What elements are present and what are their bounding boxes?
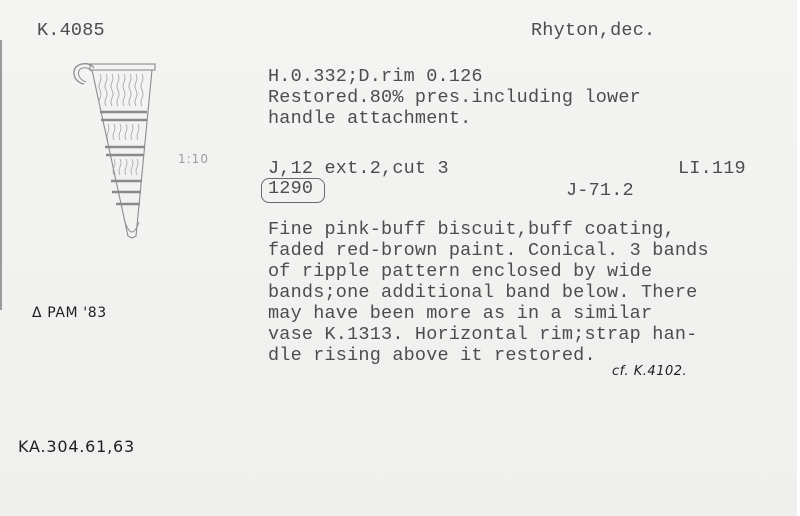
description-line: may have been more as in a similar <box>268 303 652 324</box>
description-line: dle rising above it restored. <box>268 345 596 366</box>
description-line: faded red-brown paint. Conical. 3 bands <box>268 240 709 261</box>
inventory-reference: LI.119 <box>678 158 746 179</box>
description-line: bands;one additional band below. There <box>268 282 697 303</box>
drawing-scale: 1:10 <box>178 152 209 166</box>
comparison-note: cf. K.4102. <box>612 364 687 379</box>
findspot: J,12 ext.2,cut 3 <box>268 158 449 179</box>
catalog-number: K.4085 <box>37 20 105 41</box>
condition-line: handle attachment. <box>268 108 471 129</box>
dimensions: H.0.332;D.rim 0.126 <box>268 66 483 87</box>
description-line: of ripple pattern enclosed by wide <box>268 261 652 282</box>
description-line: vase K.1313. Horizontal rim;strap han- <box>268 324 697 345</box>
object-name: Rhyton,dec. <box>531 20 655 41</box>
drawer-note: Δ PAM '83 <box>32 305 107 321</box>
lot-number: 1290 <box>268 178 313 199</box>
condition-line: Restored.80% pres.including lower <box>268 87 641 108</box>
card-left-edge <box>0 40 2 310</box>
notebook-reference: J-71.2 <box>566 180 634 201</box>
description-line: Fine pink-buff biscuit,buff coating, <box>268 219 675 240</box>
catalog-card: K.4085 Rhyton,dec. H.0.332;D.rim 0.126 R… <box>0 0 800 516</box>
archive-reference: KA.304.61,63 <box>18 437 135 456</box>
rhyton-drawing <box>70 60 170 245</box>
